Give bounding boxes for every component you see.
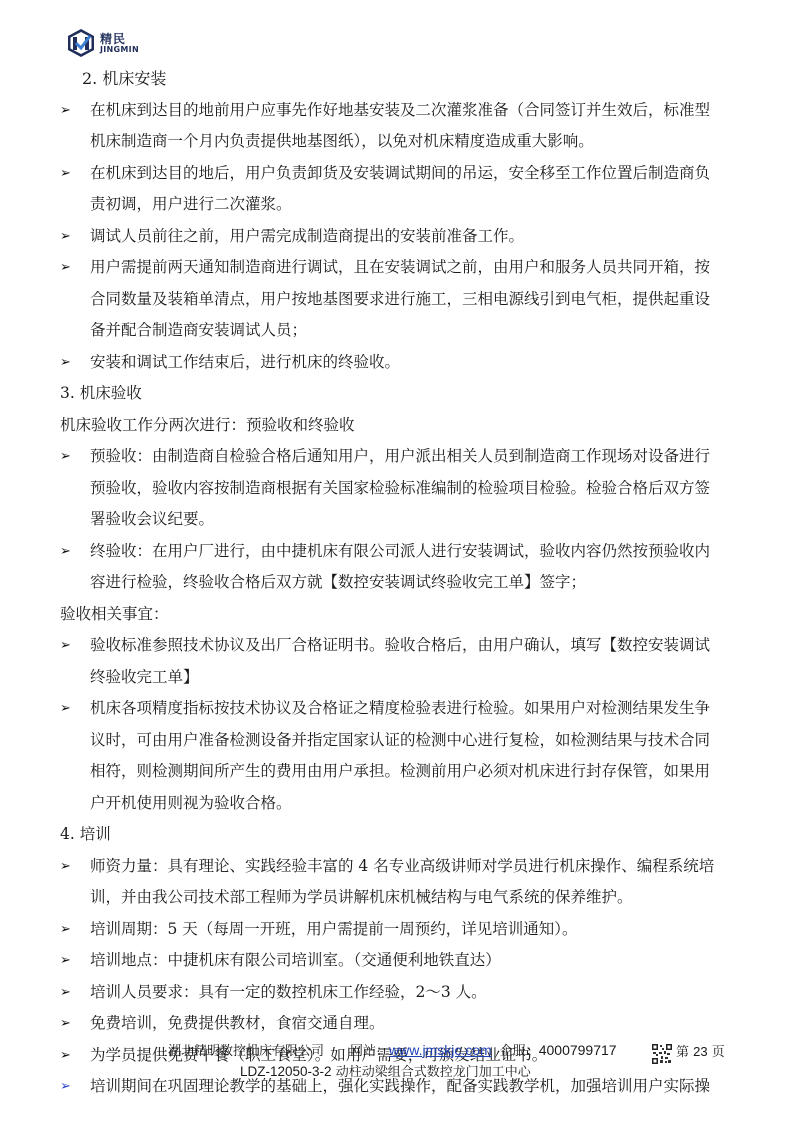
logo-chinese-text: 精民 — [100, 33, 139, 45]
list-item: ➢ 机床各项精度指标按技术协议及合格证之精度检验表进行检验。如果用户对检测结果发… — [60, 693, 750, 819]
list-item-text: 验收标准参照技术协议及出厂合格证明书。验收合格后，由用户确认，填写【数控安装调试 — [90, 630, 750, 662]
arrow-bullet-icon: ➢ — [60, 536, 76, 568]
list-item-text: 调试人员前往之前，用户需完成制造商提出的安装前准备工作。 — [90, 221, 750, 253]
list-item-text: 培训人员要求：具有一定的数控机床工作经验，2～3 人。 — [90, 977, 750, 1009]
arrow-bullet-icon: ➢ — [60, 252, 76, 284]
arrow-bullet-icon: ➢ — [60, 1071, 76, 1103]
arrow-bullet-icon: ➢ — [60, 441, 76, 473]
list-item-text: 培训地点：中捷机床有限公司培训室。（交通便利地铁直达） — [90, 945, 750, 977]
arrow-bullet-icon: ➢ — [60, 914, 76, 946]
footer-product-name: 动柱动梁组合式数控龙门加工中心 — [336, 1065, 531, 1080]
list-item-text: 训，并由我公司技术部工程师为学员讲解机床机械结构与电气系统的保养维护。 — [90, 882, 750, 914]
list-item: ➢ 师资力量：具有理论、实践经验丰富的 4 名专业高级讲师对学员进行机床操作、编… — [60, 851, 750, 914]
list-item-text: 终验收：在用户厂进行，由中捷机床有限公司派人进行安装调试，验收内容仍然按预验收内 — [90, 536, 750, 568]
arrow-bullet-icon: ➢ — [60, 851, 76, 883]
arrow-bullet-icon: ➢ — [60, 630, 76, 662]
arrow-bullet-icon: ➢ — [60, 945, 76, 977]
list-item-text: 预验收，验收内容按制造商根据有关国家检验标准编制的检验项目检验。检验合格后双方签 — [90, 473, 750, 505]
list-item-text: 终验收完工单】 — [90, 662, 750, 694]
company-logo: 精民 JINGMIN — [66, 27, 156, 59]
list-item: ➢ 在机床到达目的地后，用户负责卸货及安装调试期间的吊运，安全移至工作位置后制造… — [60, 158, 750, 221]
footer-company-name: 湖北精明数控机床有限公司 — [168, 1040, 324, 1059]
footer-website-link[interactable]: www.jmskjc.com — [389, 1042, 492, 1058]
list-item-text: 安装和调试工作结束后，进行机床的终验收。 — [90, 347, 750, 379]
arrow-bullet-icon: ➢ — [60, 1008, 76, 1040]
document-body: 2. 机床安装 ➢ 在机床到达目的地前用户应事先作好地基安装及二次灌浆准备（合同… — [60, 63, 750, 1103]
page-number-prefix: 第 — [676, 1045, 689, 1060]
page-number-value: 23 — [693, 1044, 707, 1059]
list-item: ➢ 用户需提前两天通知制造商进行调试，且在安装调试之前，由用户和服务人员共同开箱… — [60, 252, 750, 347]
list-item-text: 议时，可由用户准备检测设备并指定国家认证的检测中心进行复检，如检测结果与技术合同 — [90, 725, 750, 757]
footer-model-code: LDZ-12050-3-2 — [240, 1064, 332, 1079]
list-item-text: 在机床到达目的地后，用户负责卸货及安装调试期间的吊运，安全移至工作位置后制造商负 — [90, 158, 750, 190]
arrow-bullet-icon: ➢ — [60, 977, 76, 1009]
list-item-text: 师资力量：具有理论、实践经验丰富的 4 名专业高级讲师对学员进行机床操作、编程系… — [90, 851, 750, 883]
subheading-acceptance-matters: 验收相关事宜： — [60, 599, 750, 631]
list-item-text: 培训周期：5 天（每周一开班，用户需提前一周预约，详见培训通知）。 — [90, 914, 750, 946]
footer-service-label: 企服： — [500, 1040, 539, 1059]
section-heading-training: 4. 培训 — [60, 819, 750, 851]
arrow-bullet-icon: ➢ — [60, 347, 76, 379]
list-item: ➢ 免费培训，免费提供教材，食宿交通自理。 — [60, 1008, 750, 1040]
list-item-text: 机床各项精度指标按技术协议及合格证之精度检验表进行检验。如果用户对检测结果发生争 — [90, 693, 750, 725]
list-item-text: 机床制造商一个月内负责提供地基图纸），以免对机床精度造成重大影响。 — [90, 126, 750, 158]
list-item: ➢ 培训周期：5 天（每周一开班，用户需提前一周预约，详见培训通知）。 — [60, 914, 750, 946]
section-intro: 机床验收工作分两次进行：预验收和终验收 — [60, 410, 750, 442]
arrow-bullet-icon: ➢ — [60, 95, 76, 127]
list-item-text: 责初调，用户进行二次灌浆。 — [90, 189, 750, 221]
list-item-text: 在机床到达目的地前用户应事先作好地基安装及二次灌浆准备（合同签订并生效后，标准型 — [90, 95, 750, 127]
arrow-bullet-icon: ➢ — [60, 221, 76, 253]
list-item: ➢ 在机床到达目的地前用户应事先作好地基安装及二次灌浆准备（合同签订并生效后，标… — [60, 95, 750, 158]
qr-code-icon — [652, 1044, 672, 1064]
list-item: ➢ 终验收：在用户厂进行，由中捷机床有限公司派人进行安装调试，验收内容仍然按预验… — [60, 536, 750, 599]
list-item: ➢ 安装和调试工作结束后，进行机床的终验收。 — [60, 347, 750, 379]
arrow-bullet-icon: ➢ — [60, 158, 76, 190]
list-item: ➢ 培训人员要求：具有一定的数控机床工作经验，2～3 人。 — [60, 977, 750, 1009]
footer-website-label: 网站： — [350, 1040, 389, 1059]
list-item-text: 署验收会议纪要。 — [90, 504, 750, 536]
list-item-text: 相符，则检测期间所产生的费用由用户承担。检测前用户必须对机床进行封存保管，如果用 — [90, 756, 750, 788]
logo-english-text: JINGMIN — [100, 46, 139, 54]
list-item: ➢ 培训地点：中捷机床有限公司培训室。（交通便利地铁直达） — [60, 945, 750, 977]
list-item: ➢ 验收标准参照技术协议及出厂合格证明书。验收合格后，由用户确认，填写【数控安装… — [60, 630, 750, 693]
page-number-suffix: 页 — [712, 1045, 725, 1060]
list-item-text: 预验收：由制造商自检验合格后通知用户，用户派出相关人员到制造商工作现场对设备进行 — [90, 441, 750, 473]
list-item-text: 户开机使用则视为验收合格。 — [90, 788, 750, 820]
list-item: ➢ 调试人员前往之前，用户需完成制造商提出的安装前准备工作。 — [60, 221, 750, 253]
list-item-text: 备并配合制造商安装调试人员； — [90, 315, 750, 347]
arrow-bullet-icon: ➢ — [60, 693, 76, 725]
list-item-text: 容进行检验，终验收合格后双方就【数控安装调试终验收完工单】签字； — [90, 567, 750, 599]
footer-phone-number: 4000799717 — [539, 1042, 617, 1058]
list-item-text: 合同数量及装箱单清点，用户按地基图要求进行施工，三相电源线引到电气柜，提供起重设 — [90, 284, 750, 316]
list-item-text: 用户需提前两天通知制造商进行调试，且在安装调试之前，由用户和服务人员共同开箱，按 — [90, 252, 750, 284]
jingmin-logo-icon — [66, 28, 96, 58]
page-number: 第 23 页 — [676, 1041, 725, 1060]
list-item-text: 免费培训，免费提供教材，食宿交通自理。 — [90, 1008, 750, 1040]
section-heading-acceptance: 3. 机床验收 — [60, 378, 750, 410]
section-heading-installation: 2. 机床安装 — [60, 63, 750, 95]
list-item: ➢ 预验收：由制造商自检验合格后通知用户，用户派出相关人员到制造商工作现场对设备… — [60, 441, 750, 536]
arrow-bullet-icon: ➢ — [60, 1040, 76, 1072]
